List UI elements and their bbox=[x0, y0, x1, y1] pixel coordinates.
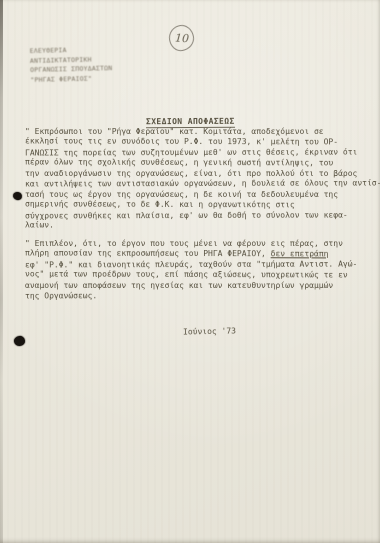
text-line: σημερινής συνθέσεως, το δε Φ.Κ. και η ορ… bbox=[25, 200, 367, 212]
underlined-phrase: δεν επετράπη bbox=[271, 250, 329, 259]
paragraph-1: " Εκπρόσωποι του "Ρήγα Φεραίου" κατ. Κομ… bbox=[25, 127, 367, 232]
text-line: νος" μετά των προέδρων τους, επί πάσης α… bbox=[25, 270, 367, 282]
text-segment: , bbox=[261, 250, 271, 259]
title-row: ΣΧΕΔΙΟΝ ΑΠΟΦΑΣΕΩΣ bbox=[0, 109, 380, 128]
text-line: και αντιλήψεις των αντιστασιακών οργανώσ… bbox=[25, 179, 367, 190]
document-date: Ιούνιος '73 bbox=[183, 326, 236, 336]
scan-edge-shadow bbox=[0, 0, 3, 543]
text-line: της Οργανώσεως. bbox=[25, 291, 367, 302]
paragraph-2: " Επιπλέον, ότι, το έργον που τους μένει… bbox=[25, 239, 367, 302]
letterhead-line: "ΡΗΓΑΣ ΦΕΡΑΙΟΣ" bbox=[30, 74, 112, 85]
text-line: τασή τους ως έργον της οργανώσεως, η δε … bbox=[25, 190, 367, 200]
text-line: λαίων. bbox=[25, 221, 367, 233]
text-segment: πλήρη απουσίαν της εκπροσωπήσεως του bbox=[25, 249, 203, 259]
text-line: πέραν όλων της σχολικής συνθέσεως, η γεν… bbox=[25, 158, 367, 170]
letterhead: ΕΛΕΥΘΕΡΙΑ ΑΝΤΙΔΙΚΤΑΤΟΡΙΚΗ ΟΡΓΑΝΩΣΙΣ ΣΠΟΥ… bbox=[30, 45, 113, 85]
page-number: 10 bbox=[174, 31, 189, 45]
organization-name: ΡΗΓΑ ΦΕΡΑΙΟΥ bbox=[203, 249, 261, 258]
